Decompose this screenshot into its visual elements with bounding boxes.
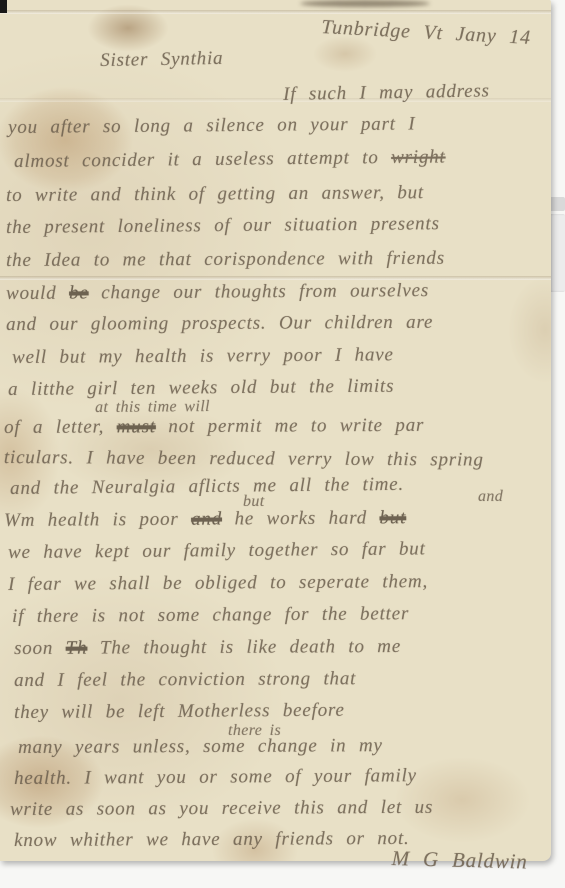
text-segment: if there is not some change for the bett…: [12, 603, 409, 627]
text-segment: and our glooming prospects. Our children…: [6, 312, 433, 335]
letter-line: Wm health is poor and he works hard but: [4, 507, 406, 532]
place-date-line: Tunbridge Vt Jany 14: [321, 16, 532, 50]
text-segment: write as soon as you receive this and le…: [10, 797, 433, 820]
text-segment: we have kept our family together so far …: [8, 538, 426, 563]
text-segment: M G Baldwin: [391, 846, 528, 874]
scanner-edge-artifact: [549, 197, 565, 211]
text-segment: and: [478, 488, 503, 505]
text-segment: and the Neuralgia aflicts me all the tim…: [10, 474, 404, 499]
text-segment: change our thoughts from ourselves: [89, 280, 430, 303]
text-segment: The thought is like death to me: [87, 636, 401, 659]
struck-text: Th: [66, 638, 88, 659]
letter-line: and I feel the conviction strong that: [14, 668, 356, 692]
letter-line: many years unless, some change in my: [18, 735, 383, 759]
text-segment: they will be left Motherless beefore: [14, 700, 345, 723]
letter-line: and our glooming prospects. Our children…: [6, 312, 433, 336]
letter-line: you after so long a silence on your part…: [8, 113, 416, 139]
letter-line: we have kept our family together so far …: [8, 538, 426, 564]
letter-line: the present loneliness of our situation …: [6, 213, 440, 239]
letter-line: almost concider it a useless attempt to …: [14, 146, 446, 173]
text-segment: know whither we have any friends or not.: [14, 828, 410, 851]
letter-line: of a letter, must not permit me to write…: [4, 415, 424, 439]
letter-line: If such I may address: [283, 80, 490, 106]
text-segment: the Idea to me that corispondence with f…: [6, 248, 445, 271]
letter-line: soon Th The thought is like death to me: [14, 636, 401, 660]
text-segment: of a letter,: [4, 416, 117, 438]
signature-line: M G Baldwin: [391, 846, 528, 875]
text-segment: and I feel the conviction strong that: [14, 668, 356, 691]
letter-paper: Tunbridge Vt Jany 14Sister SynthiaIf suc…: [0, 0, 551, 861]
text-segment: If such I may address: [283, 80, 490, 105]
salutation-line: Sister Synthia: [100, 48, 224, 72]
text-segment: I fear we shall be obliged to seperate t…: [8, 571, 428, 595]
text-segment: Tunbridge Vt Jany 14: [321, 16, 532, 49]
scanner-edge-artifact: [549, 214, 565, 292]
letter-text: Tunbridge Vt Jany 14Sister SynthiaIf suc…: [0, 0, 551, 861]
text-segment: well but my health is verry poor I have: [12, 344, 394, 368]
letter-line: health. I want you or some of your famil…: [14, 765, 417, 790]
text-segment: ticulars. I have been reduced verry low …: [4, 447, 484, 471]
text-segment: almost concider it a useless attempt to: [14, 147, 391, 172]
text-segment: a litthe girl ten weeks old but the limi…: [8, 376, 394, 400]
text-segment: you after so long a silence on your part…: [8, 113, 416, 138]
text-segment: he works hard: [222, 507, 380, 529]
letter-line: I fear we shall be obliged to seperate t…: [8, 571, 428, 596]
letter-line: would be change our thoughts from oursel…: [6, 280, 429, 305]
struck-text: wright: [391, 146, 446, 168]
letter-line: and the Neuralgia aflicts me all the tim…: [10, 474, 404, 500]
letter-line: to write and think of getting an answer,…: [6, 182, 424, 207]
text-segment: soon: [14, 638, 66, 659]
letter-line: ticulars. I have been reduced verry low …: [4, 447, 484, 472]
letter-line: write as soon as you receive this and le…: [10, 797, 433, 821]
text-segment: Wm health is poor: [4, 509, 191, 531]
struck-text: must: [117, 416, 156, 437]
text-segment: to write and think of getting an answer,…: [6, 182, 424, 206]
text-segment: many years unless, some change in my: [18, 735, 383, 758]
text-segment: the present loneliness of our situation …: [6, 213, 440, 238]
scan-background: Tunbridge Vt Jany 14Sister SynthiaIf suc…: [0, 0, 565, 888]
text-segment: would: [6, 283, 69, 304]
letter-line: if there is not some change for the bett…: [12, 603, 409, 628]
text-segment: health. I want you or some of your famil…: [14, 765, 417, 789]
letter-line: well but my health is verry poor I have: [12, 344, 394, 369]
struck-text: but: [379, 507, 406, 528]
interline-insertion: at this time will: [95, 398, 210, 417]
letter-line: they will be left Motherless beefore: [14, 700, 345, 724]
letter-line: the Idea to me that corispondence with f…: [6, 248, 445, 272]
interline-insertion: and: [478, 488, 503, 506]
text-segment: at this time will: [95, 398, 210, 416]
text-segment: not permit me to write par: [156, 415, 424, 437]
letter-line: know whither we have any friends or not.: [14, 828, 410, 852]
struck-text: and: [191, 508, 222, 529]
text-segment: Sister Synthia: [100, 48, 224, 71]
struck-text: be: [69, 282, 89, 303]
